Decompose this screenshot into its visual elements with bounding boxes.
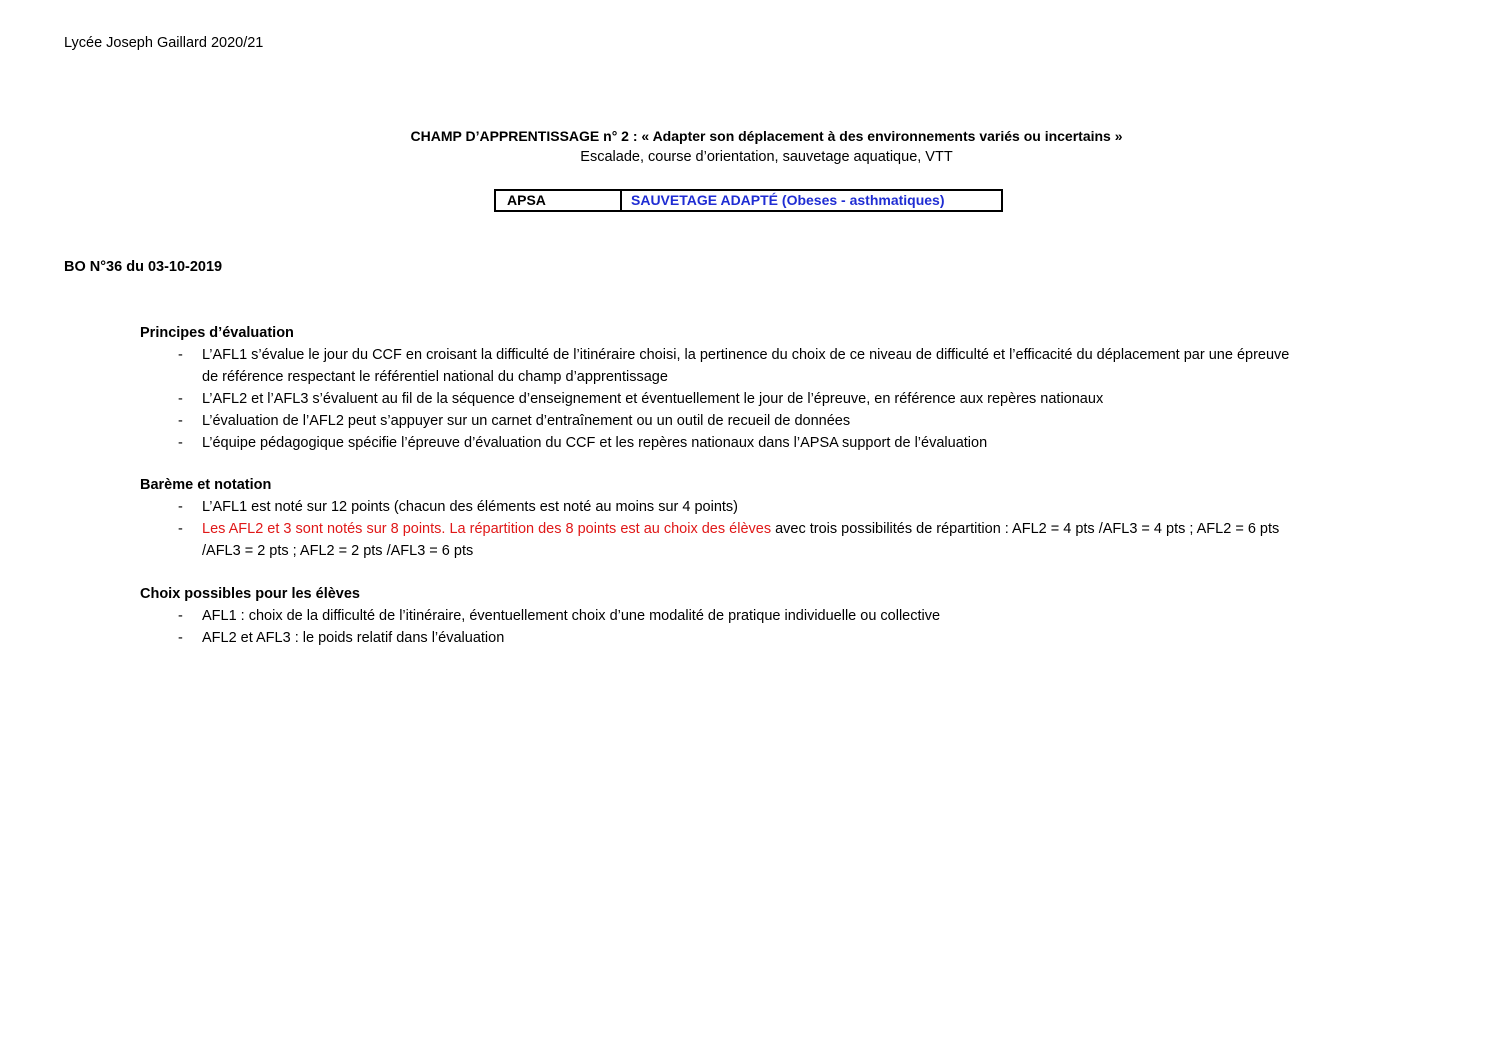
bullet-dash-icon: -	[178, 410, 183, 432]
item-text: L’évaluation de l’AFL2 peut s’appuyer su…	[202, 413, 850, 429]
list-item: - L’AFL1 est noté sur 12 points (chacun …	[140, 496, 1440, 518]
item-text-continued: de référence respectant le référentiel n…	[202, 366, 1440, 388]
apsa-value: SAUVETAGE ADAPTÉ (Obeses - asthmatiques)	[622, 191, 1001, 210]
item-text: L’équipe pédagogique spécifie l’épreuve …	[202, 435, 987, 451]
bullet-dash-icon: -	[178, 605, 183, 627]
bullet-dash-icon: -	[178, 496, 183, 518]
bullet-dash-icon: -	[178, 627, 183, 649]
list-item: - L’AFL1 s’évalue le jour du CCF en croi…	[140, 344, 1440, 388]
item-text: AFL2 et AFL3 : le poids relatif dans l’é…	[202, 630, 504, 646]
page-subtitle: Escalade, course d’orientation, sauvetag…	[0, 146, 1497, 168]
apsa-label: APSA	[496, 191, 622, 210]
section-bareme: Barème et notation - L’AFL1 est noté sur…	[140, 474, 1440, 562]
bullet-dash-icon: -	[178, 432, 183, 454]
title-block: CHAMP D’APPRENTISSAGE n° 2 : « Adapter s…	[0, 126, 1497, 168]
bullet-dash-icon: -	[178, 388, 183, 410]
page-title: CHAMP D’APPRENTISSAGE n° 2 : « Adapter s…	[0, 126, 1497, 146]
highlighted-text: Les AFL2 et 3 sont notés sur 8 points. L…	[202, 521, 771, 537]
list-item: - L’évaluation de l’AFL2 peut s’appuyer …	[140, 410, 1440, 432]
list-item: - L’équipe pédagogique spécifie l’épreuv…	[140, 432, 1440, 454]
item-text: L’AFL2 et l’AFL3 s’évaluent au fil de la…	[202, 391, 1103, 407]
section-title-principes: Principes d’évaluation	[140, 322, 1440, 344]
list-item: - AFL1 : choix de la difficulté de l’iti…	[140, 605, 1440, 627]
section-title-choix: Choix possibles pour les élèves	[140, 583, 1440, 605]
apsa-table: APSA SAUVETAGE ADAPTÉ (Obeses - asthmati…	[494, 189, 1003, 212]
item-text: AFL1 : choix de la difficulté de l’itiné…	[202, 608, 940, 624]
bullet-dash-icon: -	[178, 518, 183, 540]
bareme-list: - L’AFL1 est noté sur 12 points (chacun …	[140, 496, 1440, 562]
section-title-bareme: Barème et notation	[140, 474, 1440, 496]
page-header-school: Lycée Joseph Gaillard 2020/21	[64, 35, 263, 51]
bullet-dash-icon: -	[178, 344, 183, 366]
list-item: - AFL2 et AFL3 : le poids relatif dans l…	[140, 627, 1440, 649]
section-principes: Principes d’évaluation - L’AFL1 s’évalue…	[140, 322, 1440, 454]
list-item: - Les AFL2 et 3 sont notés sur 8 points.…	[140, 518, 1440, 562]
list-item: - L’AFL2 et l’AFL3 s’évaluent au fil de …	[140, 388, 1440, 410]
item-text: L’AFL1 s’évalue le jour du CCF en croisa…	[202, 347, 1289, 363]
principes-list: - L’AFL1 s’évalue le jour du CCF en croi…	[140, 344, 1440, 454]
item-text: avec trois possibilités de répartition :…	[771, 521, 1279, 537]
item-text: L’AFL1 est noté sur 12 points (chacun de…	[202, 499, 738, 515]
choix-list: - AFL1 : choix de la difficulté de l’iti…	[140, 605, 1440, 649]
bo-reference: BO N°36 du 03-10-2019	[64, 259, 222, 275]
item-text-continued: /AFL3 = 2 pts ; AFL2 = 2 pts /AFL3 = 6 p…	[202, 540, 1440, 562]
section-choix: Choix possibles pour les élèves - AFL1 :…	[140, 583, 1440, 649]
